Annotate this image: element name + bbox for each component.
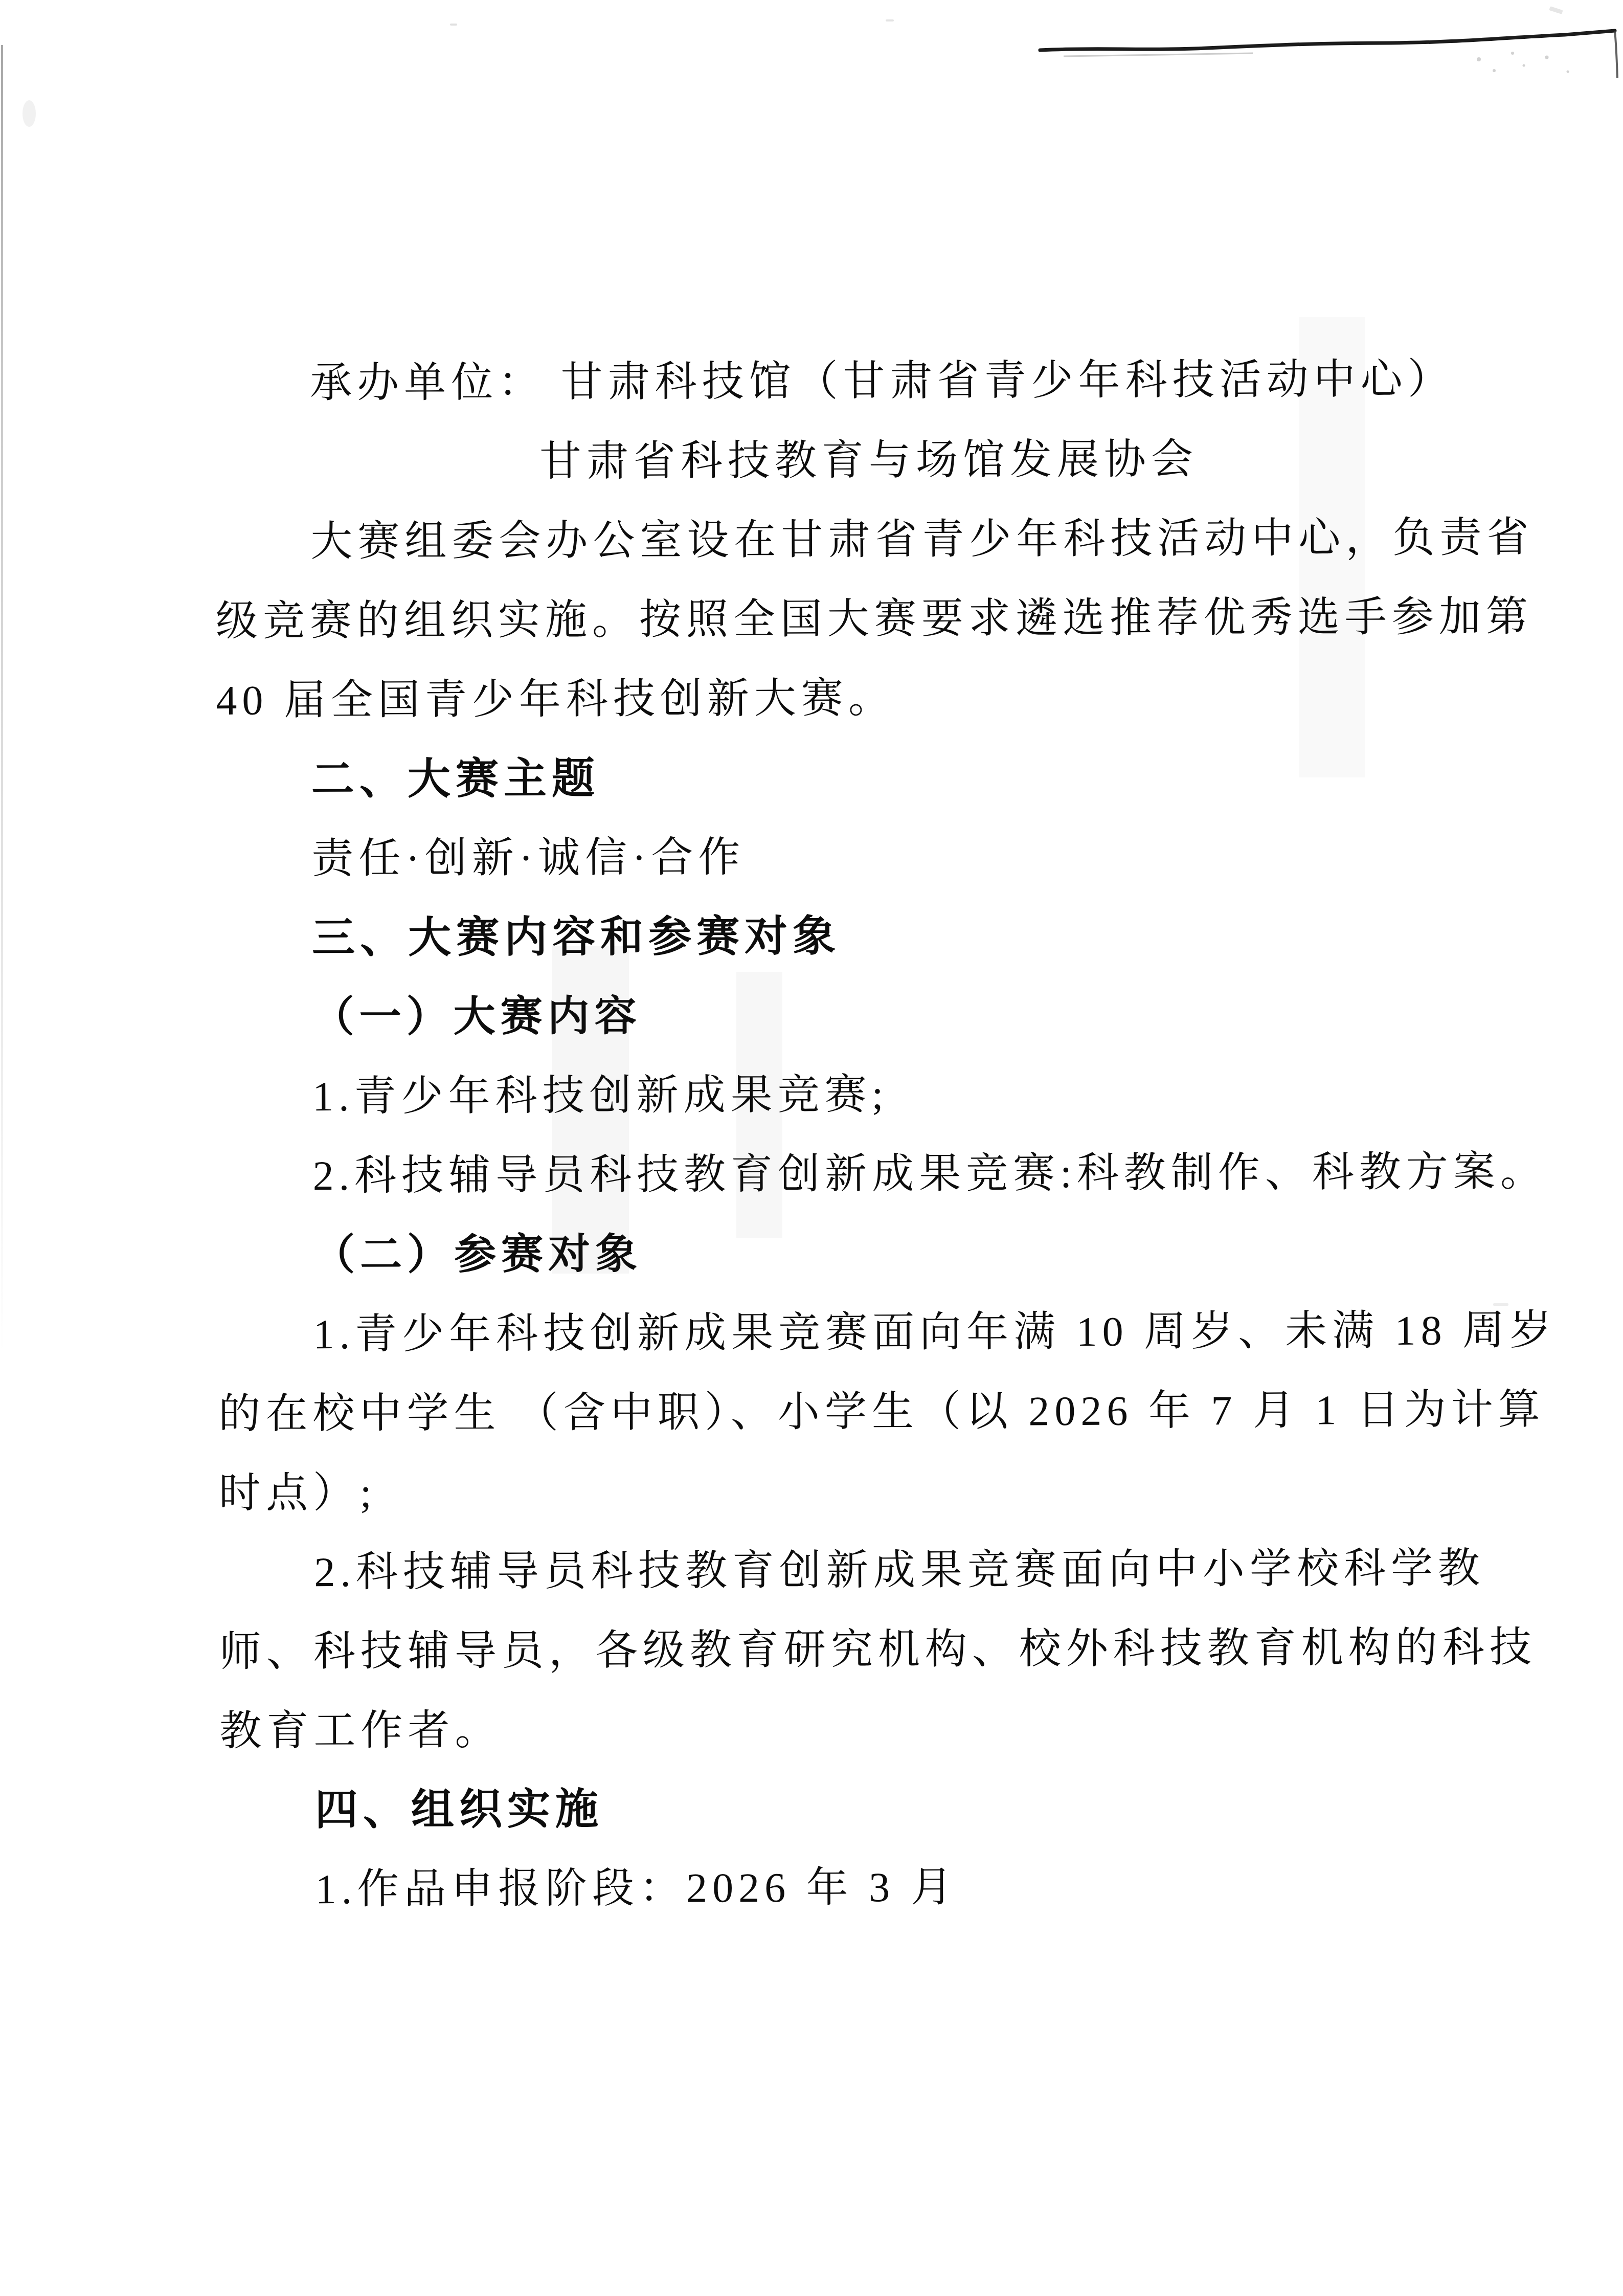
scan-speck [22,100,36,127]
subheading-contest-content: （一）大赛内容 [217,973,1537,1057]
top-line-shadow [1064,53,1253,56]
item-participants-2-line-3: 教育工作者。 [219,1687,1539,1771]
para-committee-office-line-2: 级竞赛的组织实施。按照全国大赛要求遴选推荐优秀选手参加第 [216,577,1536,661]
line-theme-values: 责任·创新·诚信·合作 [216,815,1536,899]
heading-organization: 四、组织实施 [220,1766,1540,1850]
line-undertaking-unit: 承办单位： 甘肃科技馆（甘肃省青少年科技活动中心） [215,339,1535,423]
scan-speck [450,24,457,26]
para-committee-office-line-3: 40 届全国青少年科技创新大赛。 [216,656,1536,740]
top-line-right-tick [1615,31,1617,78]
item-declaration-stage: 1.作品申报阶段：2026 年 3 月 [220,1845,1540,1929]
para-committee-office-line-1: 大赛组委会办公室设在甘肃省青少年科技活动中心，负责省 [215,498,1535,582]
item-participants-1-line-2: 的在校中学生 （含中职）、小学生（以 2026 年 7 月 1 日为计算 [218,1370,1538,1454]
subheading-participants: （二）参赛对象 [218,1211,1538,1295]
heading-content-and-participants: 三、大赛内容和参赛对象 [217,894,1537,978]
top-line-noise [1477,52,1569,73]
document-body: 承办单位： 甘肃科技馆（甘肃省青少年科技活动中心） 甘肃省科技教育与场馆发展协会… [215,339,1540,1929]
scan-speck [886,19,894,21]
scanned-document-page: { "artifacts": { "top_line_color": "#1c1… [0,0,1623,2296]
scan-artifact-left-edge-line [1,45,3,1349]
scan-artifact-top-line [1033,10,1623,97]
item-participants-1-line-1: 1.青少年科技创新成果竞赛面向年满 10 周岁、未满 18 周岁 [218,1290,1538,1374]
line-undertaking-unit-2: 甘肃省科技教育与场馆发展协会 [215,418,1535,502]
item-participants-2-line-1: 2.科技辅导员科技教育创新成果竞赛面向中小学校科学教 [219,1528,1539,1612]
item-content-2: 2.科技辅导员科技教育创新成果竞赛:科教制作、科教方案。 [217,1132,1537,1216]
item-participants-2-line-2: 师、科技辅导员，各级教育研究机构、校外科技教育机构的科技 [219,1608,1539,1691]
top-line-main [1040,31,1615,50]
item-participants-1-line-3: 时点）; [219,1449,1539,1533]
heading-contest-theme: 二、大赛主题 [216,735,1536,819]
item-content-1: 1.青少年科技创新成果竞赛; [217,1053,1537,1136]
